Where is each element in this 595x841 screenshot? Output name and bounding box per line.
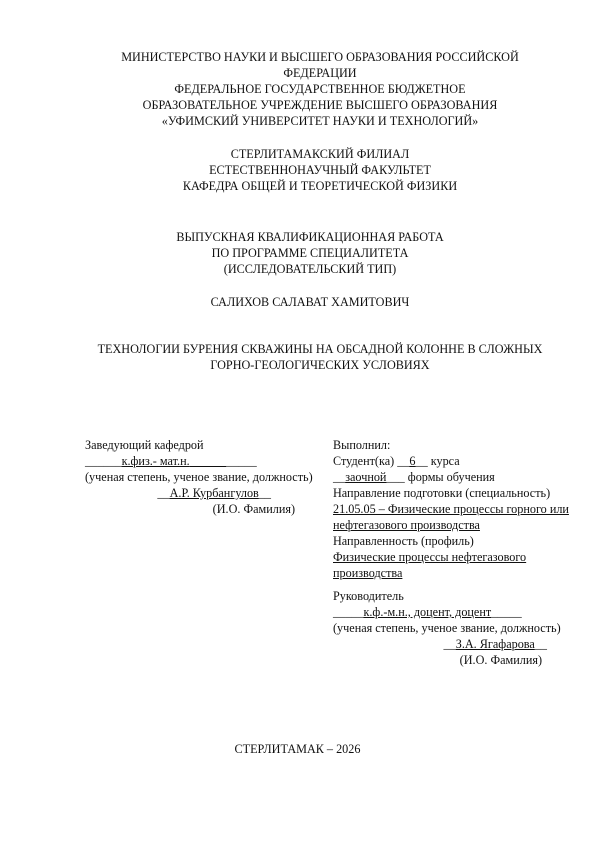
supervisor-name: З.А. Ягафарова [456,637,535,651]
student-block: Выполнил: Студент(ка) __6__ курса __заоч… [333,437,573,581]
head-name-caption: (И.О. Фамилия) [85,501,295,517]
ministry-header: МИНИСТЕРСТВО НАУКИ И ВЫСШЕГО ОБРАЗОВАНИЯ… [70,49,570,129]
student-course-line: Студент(ка) __6__ курса [333,453,573,469]
study-form: заочной [345,470,386,484]
blank-line: __ [157,486,169,500]
blank-line: __ [535,637,547,651]
header-line: ФЕДЕРАЛЬНОЕ ГОСУДАРСТВЕННОЕ БЮДЖЕТНОЕ [70,81,570,97]
header-line: МИНИСТЕРСТВО НАУКИ И ВЫСШЕГО ОБРАЗОВАНИЯ… [70,49,570,65]
header-line: ФЕДЕРАЦИИ [70,65,570,81]
work-type-line: (ИССЛЕДОВАТЕЛЬСКИЙ ТИП) [60,261,560,277]
supervisor-name-line: __З.А. Ягафарова__ [333,636,547,652]
profile-label: Направленность (профиль) [333,533,573,549]
thesis-title-line: ГОРНО-ГЕОЛОГИЧЕСКИХ УСЛОВИЯХ [70,357,570,373]
author-name: САЛИХОВ САЛАВАТ ХАМИТОВИЧ [60,294,560,310]
head-degree: к.физ.- мат.н. [122,454,190,468]
work-type-line: ВЫПУСКНАЯ КВАЛИФИКАЦИОННАЯ РАБОТА [60,229,560,245]
head-degree-caption: (ученая степень, ученое звание, должност… [85,469,315,485]
branch-line: СТЕРЛИТАМАКСКИЙ ФИЛИАЛ [70,146,570,162]
direction-value: 21.05.05 – Физические процессы горного и… [333,501,573,517]
supervisor-degree-caption: (ученая степень, ученое звание, должност… [333,620,573,636]
profile-value: производства [333,565,573,581]
head-of-department-block: Заведующий кафедрой ______к.физ.- мат.н.… [85,437,315,517]
direction-label: Направление подготовки (специальность) [333,485,573,501]
blank-line: _____ [333,605,363,619]
supervisor-block: Руководитель _____к.ф.-м.н., доцент, доц… [333,588,573,668]
student-label: Выполнил: [333,437,573,453]
head-label: Заведующий кафедрой [85,437,315,453]
head-name: А.Р. Курбангулов [170,486,259,500]
city-year-footer: СТЕРЛИТАМАК – 2026 [0,741,595,757]
supervisor-degree-line: _____к.ф.-м.н., доцент, доцент_____ [333,604,573,620]
blank-line: _____ [491,605,521,619]
head-degree-line: ______к.физ.- мат.н. _____ [85,453,315,469]
thesis-title-line: ТЕХНОЛОГИИ БУРЕНИЯ СКВАЖИНЫ НА ОБСАДНОЙ … [70,341,570,357]
supervisor-name-caption: (И.О. Фамилия) [333,652,542,668]
blank-line: _____ [226,454,256,468]
faculty-line: ЕСТЕСТВЕННОНАУЧНЫЙ ФАКУЛЬТЕТ [70,162,570,178]
supervisor-degree: к.ф.-м.н., доцент, доцент [363,605,491,619]
title-page: МИНИСТЕРСТВО НАУКИ И ВЫСШЕГО ОБРАЗОВАНИЯ… [0,0,595,841]
author-line: САЛИХОВ САЛАВАТ ХАМИТОВИЧ [60,294,560,310]
header-line: ОБРАЗОВАТЕЛЬНОЕ УЧРЕЖДЕНИЕ ВЫСШЕГО ОБРАЗ… [70,97,570,113]
student-form-line: __заочной___ формы обучения [333,469,573,485]
supervisor-label: Руководитель [333,588,573,604]
profile-value: Физические процессы нефтегазового [333,549,573,565]
head-name-line: __А.Р. Курбангулов__ [85,485,271,501]
blank-line: __ [444,637,456,651]
header-line: «УФИМСКИЙ УНИВЕРСИТЕТ НАУКИ И ТЕХНОЛОГИЙ… [70,113,570,129]
blank-line: __ [259,486,271,500]
blank-line: ______ [85,454,122,468]
thesis-title: ТЕХНОЛОГИИ БУРЕНИЯ СКВАЖИНЫ НА ОБСАДНОЙ … [70,341,570,373]
work-type-block: ВЫПУСКНАЯ КВАЛИФИКАЦИОННАЯ РАБОТА ПО ПРО… [60,229,560,277]
direction-value: нефтегазового производства [333,517,573,533]
branch-block: СТЕРЛИТАМАКСКИЙ ФИЛИАЛ ЕСТЕСТВЕННОНАУЧНЫ… [70,146,570,194]
work-type-line: ПО ПРОГРАММЕ СПЕЦИАЛИТЕТА [60,245,560,261]
department-line: КАФЕДРА ОБЩЕЙ И ТЕОРЕТИЧЕСКОЙ ФИЗИКИ [70,178,570,194]
